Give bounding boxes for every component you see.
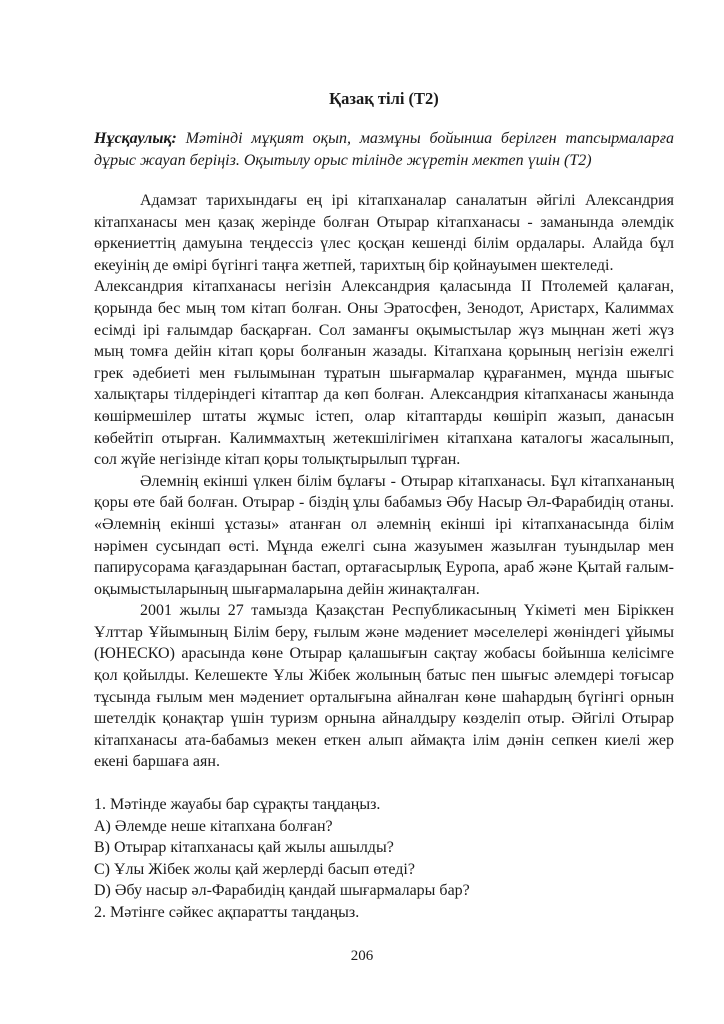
- instruction-text: Мәтінді мұқият оқып, мазмұны бойынша бер…: [94, 130, 674, 169]
- question-1-option-a: A) Әлемде неше кітапхана болған?: [94, 816, 674, 838]
- paragraph-otyrar: Әлемнің екінші үлкен білім бұлағы - Отыр…: [94, 471, 674, 601]
- document-title: Қазақ тілі (Т2): [94, 88, 674, 110]
- instruction-block: Нұсқаулық: Мәтінді мұқият оқып, мазмұны …: [94, 128, 674, 171]
- question-1-option-d: D) Әбу насыр әл-Фарабидің қандай шығарма…: [94, 880, 674, 902]
- paragraph-unesco: 2001 жылы 27 тамызда Қазақстан Республик…: [94, 600, 674, 773]
- document-page: Қазақ тілі (Т2) Нұсқаулық: Мәтінді мұқия…: [94, 88, 674, 924]
- paragraph-intro: Адамзат тарихындағы ең ірі кітапханалар …: [94, 190, 674, 276]
- paragraph-alexandria: Александрия кітапханасы негізін Александ…: [94, 276, 674, 470]
- question-1-option-c: C) Ұлы Жібек жолы қай жерлерді басып өте…: [94, 859, 674, 881]
- question-2-prompt: 2. Мәтінге сәйкес ақпаратты таңдаңыз.: [94, 902, 674, 924]
- question-1-option-b: B) Отырар кітапханасы қай жылы ашылды?: [94, 837, 674, 859]
- questions-section: 1. Мәтінде жауабы бар сұрақты таңдаңыз. …: [94, 794, 674, 924]
- question-1-prompt: 1. Мәтінде жауабы бар сұрақты таңдаңыз.: [94, 794, 674, 816]
- page-number: 206: [0, 947, 724, 965]
- instruction-label: Нұсқаулық:: [94, 130, 177, 147]
